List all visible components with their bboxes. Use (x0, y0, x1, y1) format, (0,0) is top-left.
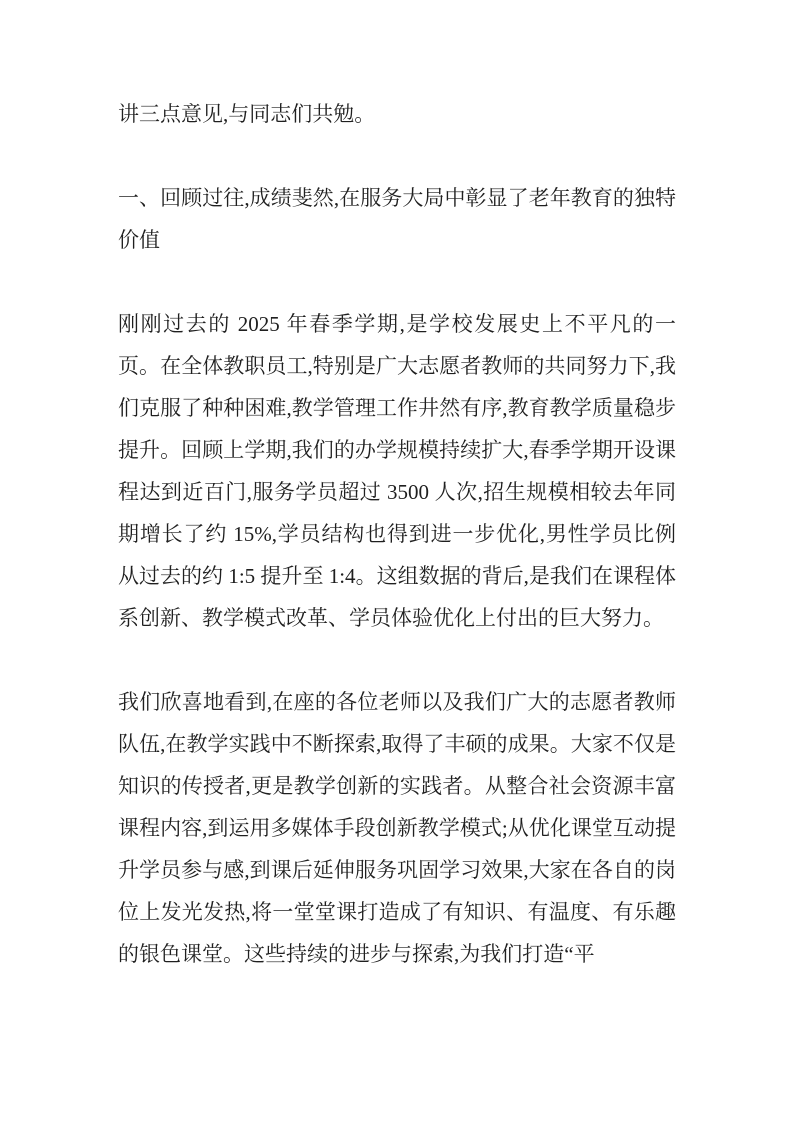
body-paragraph: 我们欣喜地看到,在座的各位老师以及我们广大的志愿者教师队伍,在教学实践中不断探索… (118, 681, 676, 975)
document-body: 讲三点意见,与同志们共勉。一、回顾过往,成绩斐然,在服务大局中彰显了老年教育的独… (118, 93, 676, 975)
body-paragraph: 讲三点意见,与同志们共勉。 (118, 93, 676, 135)
body-paragraph: 刚刚过去的 2025 年春季学期,是学校发展史上不平凡的一页。在全体教职员工,特… (118, 303, 676, 639)
document-page: 讲三点意见,与同志们共勉。一、回顾过往,成绩斐然,在服务大局中彰显了老年教育的独… (0, 0, 793, 1122)
section-heading: 一、回顾过往,成绩斐然,在服务大局中彰显了老年教育的独特价值 (118, 177, 676, 261)
